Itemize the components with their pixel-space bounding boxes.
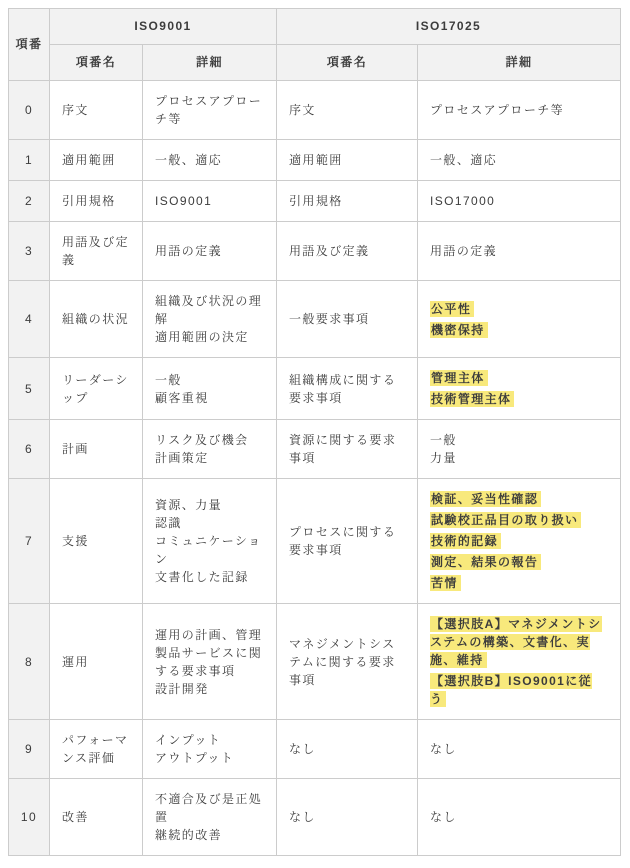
text-line: 力量 <box>430 449 608 467</box>
text-line: 用語の定義 <box>155 242 264 260</box>
text-line: 1 <box>13 151 45 169</box>
table-row: 2引用規格ISO9001引用規格ISO17000 <box>9 181 621 222</box>
highlighted-line: 公平性 <box>430 300 608 318</box>
row-number: 6 <box>9 420 50 479</box>
text-line: リスク及び機会 <box>155 431 264 449</box>
header-iso9001-item-name: 項番名 <box>50 45 143 81</box>
row-number: 7 <box>9 479 50 604</box>
iso9001-detail: 不適合及び是正処置継続的改善 <box>143 779 277 856</box>
highlighted-line: 管理主体 <box>430 369 608 387</box>
text-line: 一般、適応 <box>430 151 608 169</box>
text-line: 一般 <box>155 371 264 389</box>
text-line: なし <box>430 808 608 826</box>
iso9001-item-name: 改善 <box>50 779 143 856</box>
iso9001-item-name: 計画 <box>50 420 143 479</box>
iso17025-item-name: 組織構成に関する要求事項 <box>277 358 418 420</box>
text-line: 運用の計画、管理 <box>155 626 264 644</box>
highlighted-line: 技術的記録 <box>430 532 608 550</box>
row-number: 9 <box>9 720 50 779</box>
iso9001-detail: リスク及び機会計画策定 <box>143 420 277 479</box>
iso9001-detail: 運用の計画、管理製品サービスに関する要求事項設計開発 <box>143 604 277 720</box>
table-row: 4組織の状況組織及び状況の理解適用範囲の決定一般要求事項公平性機密保持 <box>9 281 621 358</box>
text-line: 序文 <box>289 101 405 119</box>
iso17025-detail: 管理主体技術管理主体 <box>418 358 621 420</box>
text-line: プロセスアプローチ等 <box>430 101 608 119</box>
highlighted-line: 測定、結果の報告 <box>430 553 608 571</box>
text-line: プロセスに関する要求事項 <box>289 523 405 559</box>
table-row: 1適用範囲一般、適応適用範囲一般、適応 <box>9 140 621 181</box>
text-line: 改善 <box>62 808 130 826</box>
highlighted-line: 苦情 <box>430 574 608 592</box>
highlighted-line: 技術管理主体 <box>430 390 608 408</box>
text-line: 認識 <box>155 514 264 532</box>
table-row: 3用語及び定義用語の定義用語及び定義用語の定義 <box>9 222 621 281</box>
text-line: 適用範囲の決定 <box>155 328 264 346</box>
row-number: 4 <box>9 281 50 358</box>
iso9001-detail: インプットアウトプット <box>143 720 277 779</box>
iso17025-detail: ISO17000 <box>418 181 621 222</box>
highlighted-line: 機密保持 <box>430 321 608 339</box>
text-line: 顧客重視 <box>155 389 264 407</box>
text-line: 資源に関する要求事項 <box>289 431 405 467</box>
table-row: 10改善不適合及び是正処置継続的改善なしなし <box>9 779 621 856</box>
header-iso17025-detail: 詳細 <box>418 45 621 81</box>
iso9001-item-name: 運用 <box>50 604 143 720</box>
text-line: 序文 <box>62 101 130 119</box>
text-line: 7 <box>13 532 45 550</box>
header-item-no: 項番 <box>9 9 50 81</box>
iso17025-item-name: プロセスに関する要求事項 <box>277 479 418 604</box>
row-number: 1 <box>9 140 50 181</box>
header-iso17025-item-name: 項番名 <box>277 45 418 81</box>
iso17025-detail: 検証、妥当性確認試験校正品目の取り扱い技術的記録測定、結果の報告苦情 <box>418 479 621 604</box>
text-line: 設計開発 <box>155 680 264 698</box>
iso9001-detail: 用語の定義 <box>143 222 277 281</box>
iso17025-detail: 一般、適応 <box>418 140 621 181</box>
table-row: 6計画リスク及び機会計画策定資源に関する要求事項一般力量 <box>9 420 621 479</box>
header-group-iso9001: ISO9001 <box>50 9 277 45</box>
table-row: 0序文プロセスアプローチ等序文プロセスアプローチ等 <box>9 81 621 140</box>
text-line: 計画 <box>62 440 130 458</box>
text-line: ISO17000 <box>430 192 608 210</box>
highlight-marker: 【選択肢A】マネジメントシステムの構築、文書化、実施、維持 <box>430 616 602 668</box>
iso9001-detail: 一般、適応 <box>143 140 277 181</box>
row-number: 3 <box>9 222 50 281</box>
iso17025-detail: 【選択肢A】マネジメントシステムの構築、文書化、実施、維持【選択肢B】ISO90… <box>418 604 621 720</box>
iso17025-detail: 公平性機密保持 <box>418 281 621 358</box>
iso9001-item-name: 組織の状況 <box>50 281 143 358</box>
iso-comparison-table: 項番 ISO9001 ISO17025 項番名 詳細 項番名 詳細 0序文プロセ… <box>8 8 621 856</box>
text-line: 5 <box>13 380 45 398</box>
text-line: 不適合及び是正処置 <box>155 790 264 826</box>
text-line: インプット <box>155 731 264 749</box>
highlight-marker: 公平性 <box>430 301 474 317</box>
text-line: 組織構成に関する要求事項 <box>289 371 405 407</box>
iso17025-item-name: 序文 <box>277 81 418 140</box>
text-line: 用語の定義 <box>430 242 608 260</box>
text-line: 文書化した記録 <box>155 568 264 586</box>
iso9001-item-name: 支援 <box>50 479 143 604</box>
text-line: 8 <box>13 653 45 671</box>
iso17025-detail: なし <box>418 720 621 779</box>
row-number: 8 <box>9 604 50 720</box>
text-line: 用語及び定義 <box>289 242 405 260</box>
text-line: コミュニケーション <box>155 532 264 568</box>
table-header: 項番 ISO9001 ISO17025 項番名 詳細 項番名 詳細 <box>9 9 621 81</box>
highlighted-line: 【選択肢A】マネジメントシステムの構築、文書化、実施、維持 <box>430 615 608 669</box>
text-line: プロセスアプローチ等 <box>155 92 264 128</box>
highlight-marker: 技術管理主体 <box>430 391 514 407</box>
text-line: 組織の状況 <box>62 310 130 328</box>
text-line: 4 <box>13 310 45 328</box>
iso17025-detail: 一般力量 <box>418 420 621 479</box>
highlight-marker: 検証、妥当性確認 <box>430 491 541 507</box>
iso17025-item-name: 用語及び定義 <box>277 222 418 281</box>
iso17025-item-name: マネジメントシステムに関する要求事項 <box>277 604 418 720</box>
iso9001-detail: 一般顧客重視 <box>143 358 277 420</box>
highlighted-line: 検証、妥当性確認 <box>430 490 608 508</box>
iso9001-item-name: 適用範囲 <box>50 140 143 181</box>
highlight-marker: 機密保持 <box>430 322 488 338</box>
header-iso9001-detail: 詳細 <box>143 45 277 81</box>
highlight-marker: 苦情 <box>430 575 461 591</box>
table-row: 9パフォーマンス評価インプットアウトプットなしなし <box>9 720 621 779</box>
table-body: 0序文プロセスアプローチ等序文プロセスアプローチ等1適用範囲一般、適応適用範囲一… <box>9 81 621 856</box>
iso17025-item-name: なし <box>277 779 418 856</box>
text-line: 2 <box>13 192 45 210</box>
iso9001-detail: ISO9001 <box>143 181 277 222</box>
iso17025-item-name: 引用規格 <box>277 181 418 222</box>
text-line: 一般要求事項 <box>289 310 405 328</box>
iso17025-item-name: 資源に関する要求事項 <box>277 420 418 479</box>
iso17025-detail: プロセスアプローチ等 <box>418 81 621 140</box>
text-line: 3 <box>13 242 45 260</box>
table-row: 7支援資源、力量認識コミュニケーション文書化した記録プロセスに関する要求事項検証… <box>9 479 621 604</box>
text-line: 引用規格 <box>289 192 405 210</box>
row-number: 2 <box>9 181 50 222</box>
text-line: マネジメントシステムに関する要求事項 <box>289 635 405 689</box>
header-row-groups: 項番 ISO9001 ISO17025 <box>9 9 621 45</box>
text-line: 運用 <box>62 653 130 671</box>
highlighted-line: 【選択肢B】ISO9001に従う <box>430 672 608 708</box>
text-line: 計画策定 <box>155 449 264 467</box>
iso17025-detail: なし <box>418 779 621 856</box>
iso17025-detail: 用語の定義 <box>418 222 621 281</box>
text-line: アウトプット <box>155 749 264 767</box>
text-line: 9 <box>13 740 45 758</box>
text-line: 製品サービスに関する要求事項 <box>155 644 264 680</box>
page: 項番 ISO9001 ISO17025 項番名 詳細 項番名 詳細 0序文プロセ… <box>0 0 630 868</box>
highlight-marker: 管理主体 <box>430 370 488 386</box>
text-line: ISO9001 <box>155 192 264 210</box>
iso9001-detail: 資源、力量認識コミュニケーション文書化した記録 <box>143 479 277 604</box>
text-line: 組織及び状況の理解 <box>155 292 264 328</box>
iso17025-item-name: なし <box>277 720 418 779</box>
text-line: なし <box>289 808 405 826</box>
row-number: 0 <box>9 81 50 140</box>
highlight-marker: 【選択肢B】ISO9001に従う <box>430 673 592 707</box>
iso9001-item-name: 序文 <box>50 81 143 140</box>
text-line: 支援 <box>62 532 130 550</box>
iso9001-detail: 組織及び状況の理解適用範囲の決定 <box>143 281 277 358</box>
highlighted-line: 試験校正品目の取り扱い <box>430 511 608 529</box>
highlight-marker: 測定、結果の報告 <box>430 554 541 570</box>
highlight-marker: 技術的記録 <box>430 533 501 549</box>
text-line: 一般 <box>430 431 608 449</box>
row-number: 10 <box>9 779 50 856</box>
table-row: 5リーダーシップ一般顧客重視組織構成に関する要求事項管理主体技術管理主体 <box>9 358 621 420</box>
header-row-subcolumns: 項番名 詳細 項番名 詳細 <box>9 45 621 81</box>
header-group-iso17025: ISO17025 <box>277 9 621 45</box>
text-line: 10 <box>13 808 45 826</box>
text-line: 適用範囲 <box>62 151 130 169</box>
row-number: 5 <box>9 358 50 420</box>
iso9001-item-name: リーダーシップ <box>50 358 143 420</box>
text-line: 0 <box>13 101 45 119</box>
text-line: なし <box>430 740 608 758</box>
text-line: 一般、適応 <box>155 151 264 169</box>
text-line: 6 <box>13 440 45 458</box>
text-line: なし <box>289 740 405 758</box>
text-line: パフォーマンス評価 <box>62 731 130 767</box>
iso17025-item-name: 適用範囲 <box>277 140 418 181</box>
iso9001-item-name: 用語及び定義 <box>50 222 143 281</box>
text-line: 継続的改善 <box>155 826 264 844</box>
text-line: リーダーシップ <box>62 371 130 407</box>
iso17025-item-name: 一般要求事項 <box>277 281 418 358</box>
table-row: 8運用運用の計画、管理製品サービスに関する要求事項設計開発マネジメントシステムに… <box>9 604 621 720</box>
iso9001-item-name: パフォーマンス評価 <box>50 720 143 779</box>
text-line: 引用規格 <box>62 192 130 210</box>
iso9001-detail: プロセスアプローチ等 <box>143 81 277 140</box>
text-line: 資源、力量 <box>155 496 264 514</box>
text-line: 用語及び定義 <box>62 233 130 269</box>
text-line: 適用範囲 <box>289 151 405 169</box>
iso9001-item-name: 引用規格 <box>50 181 143 222</box>
highlight-marker: 試験校正品目の取り扱い <box>430 512 581 528</box>
